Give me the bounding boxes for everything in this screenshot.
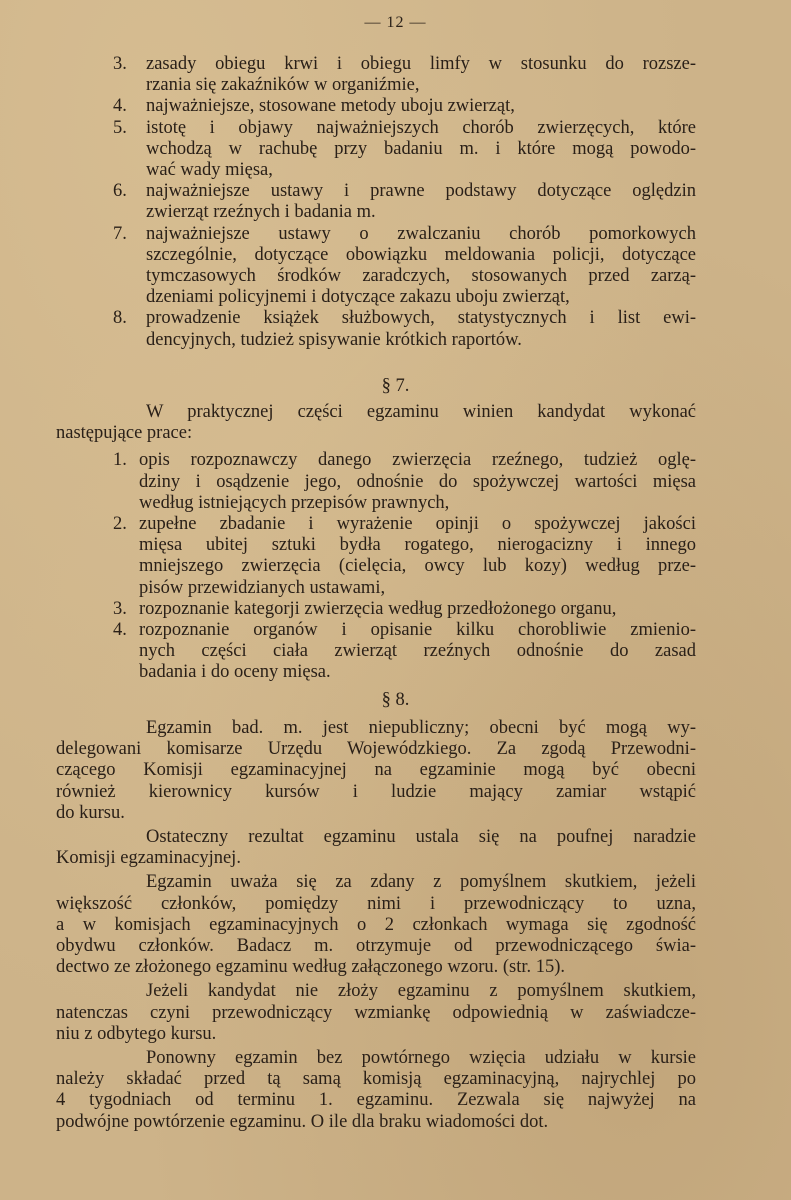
- paragraph-line: dectwo ze złożonego egzaminu według załą…: [56, 957, 565, 977]
- paragraph-line: Egzamin uważa się za zdany z pomyślnem s…: [146, 872, 696, 892]
- paragraph-line: a w komisjach egzaminacyjnych o 2 członk…: [56, 915, 696, 935]
- list-item-line: dziny i osądzenie jego, odnośnie do spoż…: [139, 472, 696, 492]
- paragraph-line: Ponowny egzamin bez powtórnego wzięcia u…: [146, 1048, 696, 1068]
- list-number: 5.: [113, 118, 127, 138]
- list-item-line: prowadzenie książek służbowych, statysty…: [146, 308, 696, 328]
- paragraph-line: Egzamin bad. m. jest niepubliczny; obecn…: [146, 718, 696, 738]
- list-item-line: rozpoznanie kategorji zwierzęcia według …: [139, 599, 616, 619]
- list-number: 3.: [113, 599, 127, 619]
- list-item-line: mięsa ubitej sztuki bydła rogatego, nier…: [139, 535, 696, 555]
- paragraph-line: W praktycznej części egzaminu winien kan…: [146, 402, 696, 422]
- page-number: — 12 —: [0, 14, 791, 32]
- list-number: 4.: [113, 96, 127, 116]
- list-item-line: rozpoznanie organów i opisanie kilku cho…: [139, 620, 696, 640]
- list-item-line: najważniejsze ustawy o zwalczaniu chorób…: [146, 224, 696, 244]
- paragraph-line: Jeżeli kandydat nie złoży egzaminu z pom…: [146, 981, 696, 1001]
- list-item-line: najważniejsze, stosowane metody uboju zw…: [146, 96, 515, 116]
- paragraph-line: niu z odbytego kursu.: [56, 1024, 216, 1044]
- list-item-line: wać wady mięsa,: [146, 160, 273, 180]
- paragraph-line: 4 tygodniach od terminu 1. egzaminu. Zez…: [56, 1090, 696, 1110]
- paragraph-line: Ostateczny rezultat egzaminu ustala się …: [146, 827, 696, 847]
- paragraph-line: czącego Komisji egzaminacyjnej na egzami…: [56, 760, 696, 780]
- list-item-line: istotę i objawy najważniejszych chorób z…: [146, 118, 696, 138]
- list-item-line: tymczasowych środków zaradczych, stosowa…: [146, 266, 696, 286]
- section-heading-7: § 7.: [0, 376, 791, 397]
- list-number: 6.: [113, 181, 127, 201]
- list-number: 8.: [113, 308, 127, 328]
- paragraph-line: obydwu członków. Badacz m. otrzymuje od …: [56, 936, 696, 956]
- paragraph-line: Komisji egzaminacyjnej.: [56, 848, 241, 868]
- list-item-line: nych części ciała zwierząt rzeźnych odno…: [139, 641, 696, 661]
- list-item-line: szczególnie, dotyczące obowiązku meldowa…: [146, 245, 696, 265]
- paragraph-line: również kierownicy kursów i ludzie mając…: [56, 782, 696, 802]
- list-number: 4.: [113, 620, 127, 640]
- list-item-line: zwierząt rzeźnych i badania m.: [146, 202, 376, 222]
- paragraph-line: należy składać przed tą samą komisją egz…: [56, 1069, 696, 1089]
- list-item-line: pisów przewidzianych ustawami,: [139, 578, 385, 598]
- list-item-line: rzania się zakaźników w organiźmie,: [146, 75, 419, 95]
- paragraph-line: podwójne powtórzenie egzaminu. O ile dla…: [56, 1112, 548, 1132]
- list-item-line: dencyjnych, tudzież spisywanie krótkich …: [146, 330, 522, 350]
- list-item-line: dzeniami policyjnemi i dotyczące zakazu …: [146, 287, 570, 307]
- list-item-line: mniejszego zwierzęcia (cielęcia, owcy lu…: [139, 556, 696, 576]
- list-item-line: zupełne zbadanie i wyrażenie opinji o sp…: [139, 514, 696, 534]
- paragraph-line: większość członków, pomiędzy nimi i prze…: [56, 894, 696, 914]
- paragraph-line: natenczas czyni przewodniczący wzmiankę …: [56, 1003, 696, 1023]
- list-number: 1.: [113, 450, 127, 470]
- list-item-line: badania i do oceny mięsa.: [139, 662, 331, 682]
- list-item-line: wchodzą w rachubę przy badaniu m. i któr…: [146, 139, 696, 159]
- list-item-line: według istniejących przepisów prawnych,: [139, 493, 449, 513]
- section-heading-8: § 8.: [0, 690, 791, 711]
- list-item-line: opis rozpoznawczy danego zwierzęcia rzeź…: [139, 450, 696, 470]
- paragraph-line: do kursu.: [56, 803, 125, 823]
- list-number: 2.: [113, 514, 127, 534]
- list-number: 7.: [113, 224, 127, 244]
- paragraph-line: następujące prace:: [56, 423, 192, 443]
- paragraph-line: delegowani komisarze Urzędu Wojewódzkieg…: [56, 739, 696, 759]
- list-number: 3.: [113, 54, 127, 74]
- list-item-line: zasady obiegu krwi i obiegu limfy w stos…: [146, 54, 696, 74]
- list-item-line: najważniejsze ustawy i prawne podstawy d…: [146, 181, 696, 201]
- document-page: — 12 — 3.zasady obiegu krwi i obiegu lim…: [0, 0, 791, 1200]
